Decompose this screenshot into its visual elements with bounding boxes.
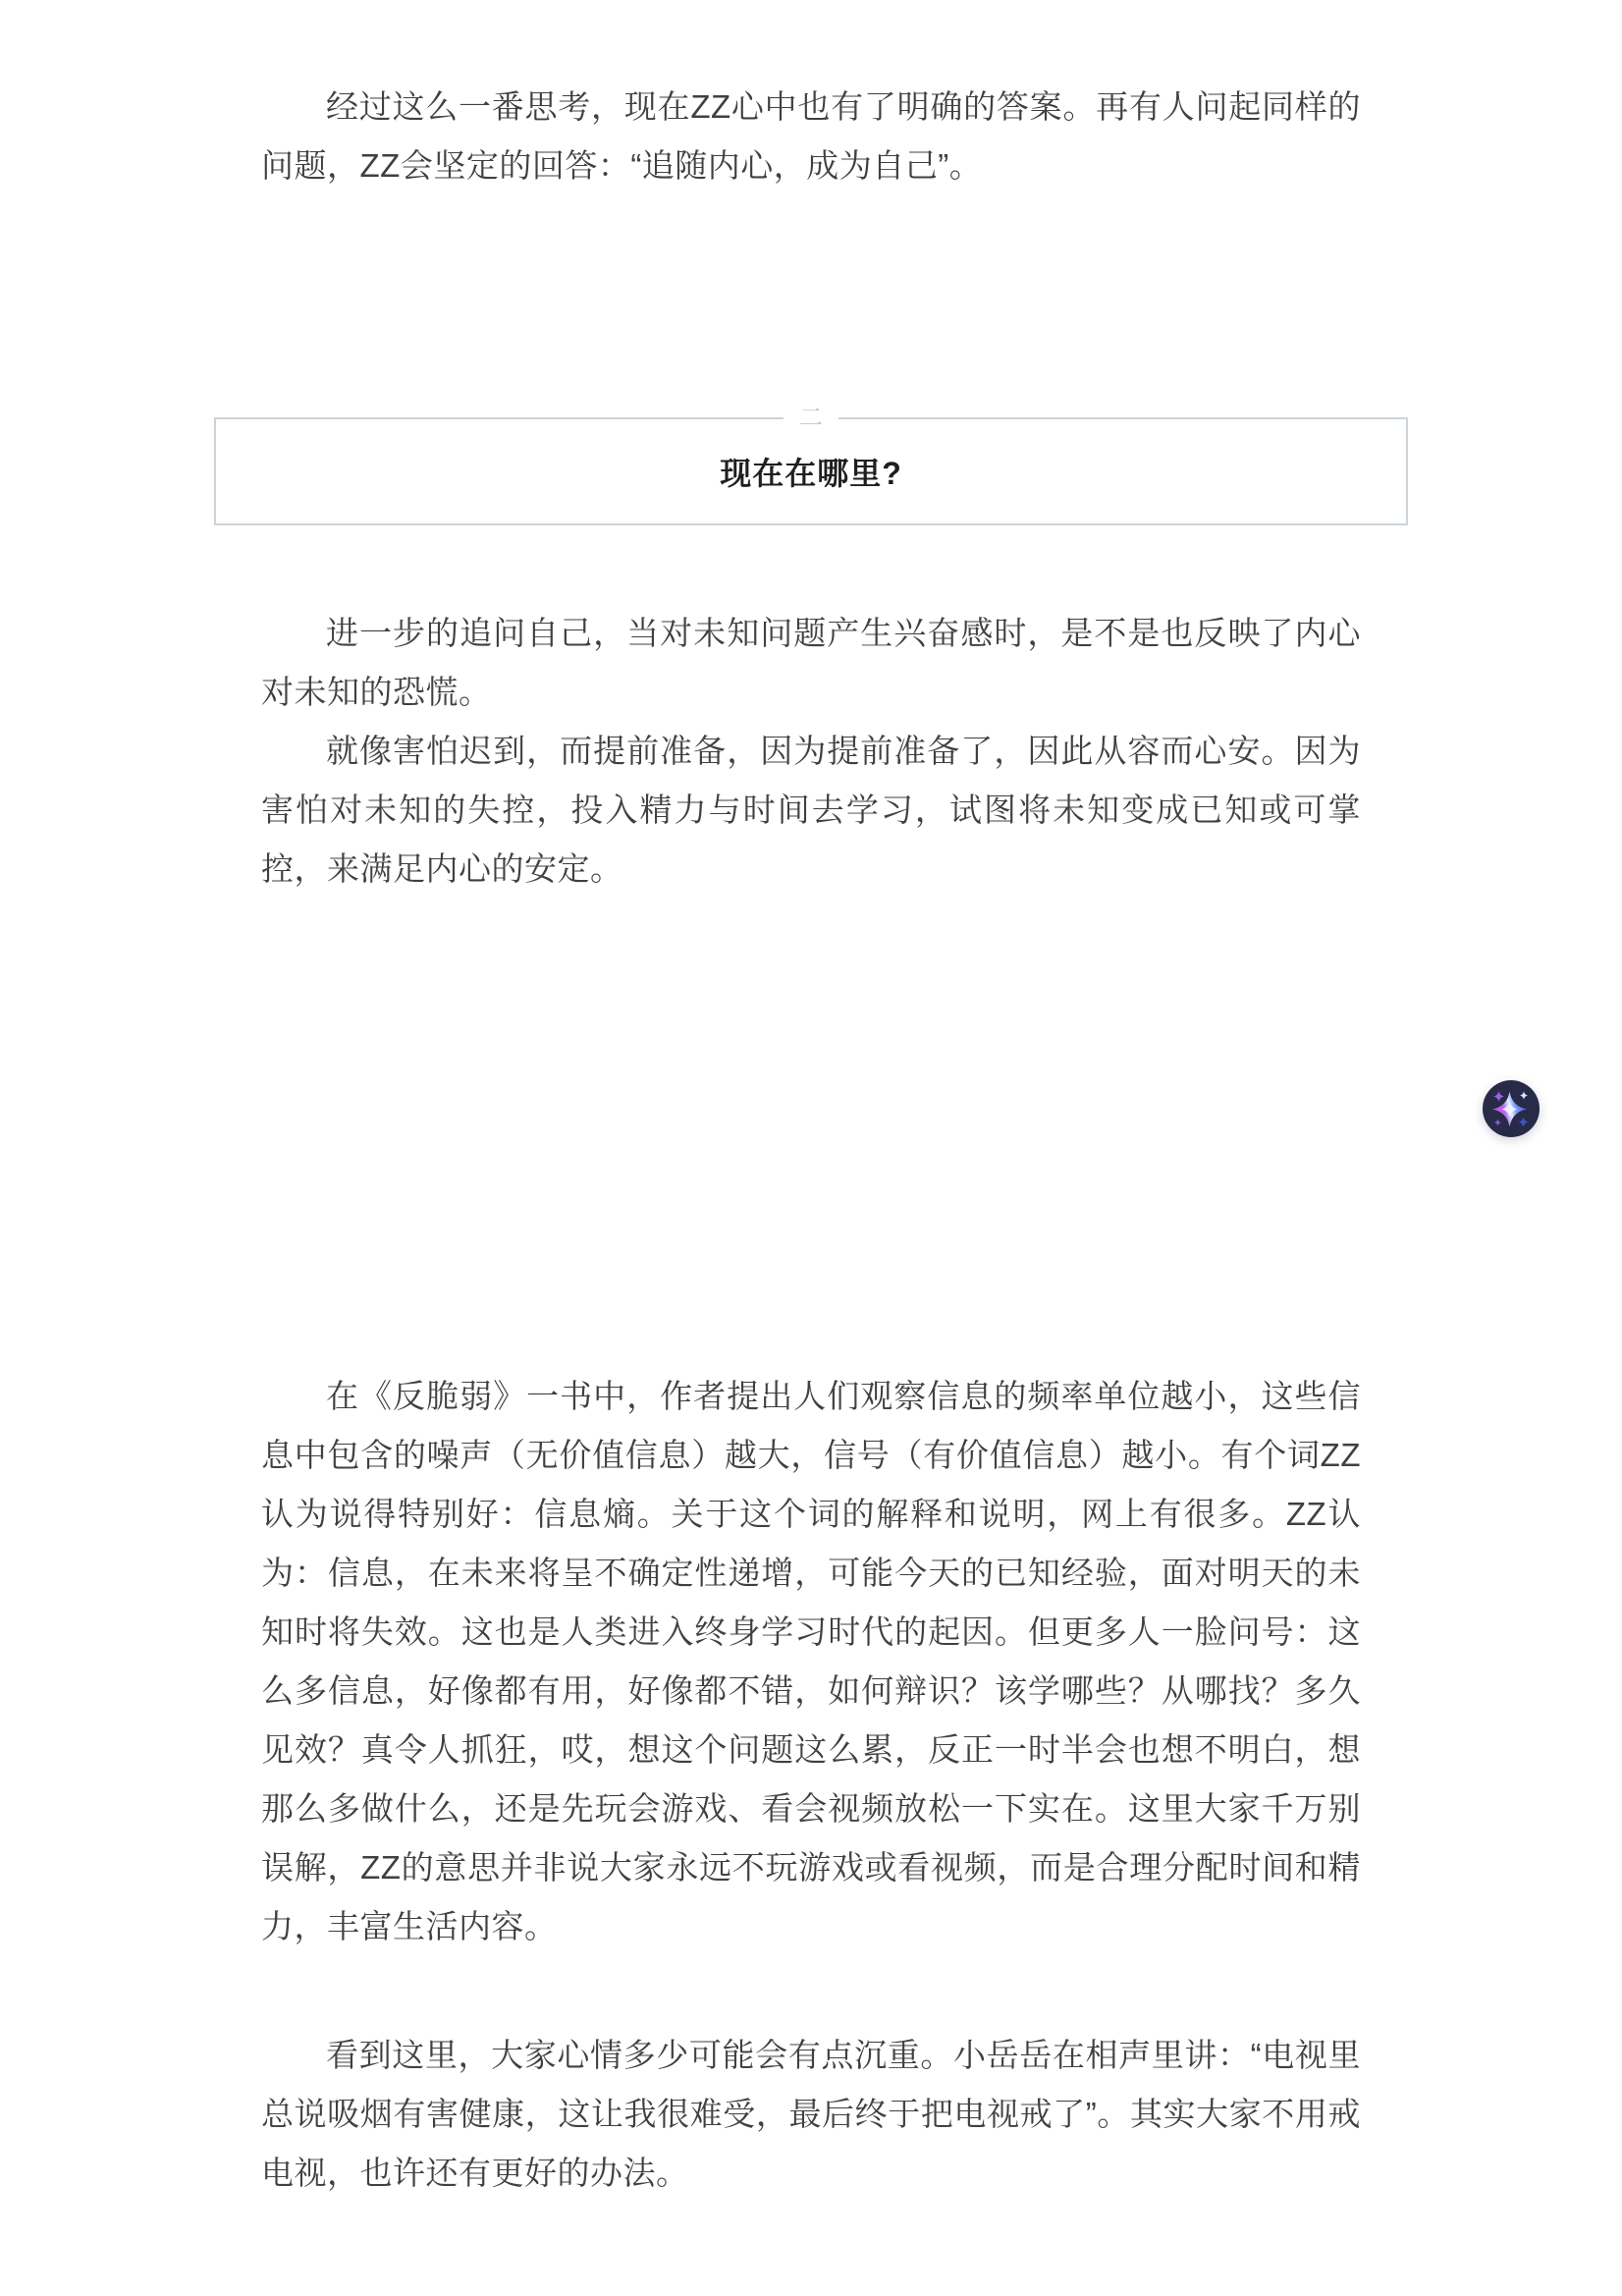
section-title: 现在在哪里? [720,449,902,494]
paragraph-conclusion: 经过这么一番思考，现在ZZ心中也有了明确的答案。再有人问起同样的问题，ZZ会坚定… [214,78,1408,195]
paragraph-fear-of-unknown: 就像害怕迟到，而提前准备，因为提前准备了，因此从容而心安。因为害怕对未知的失控，… [214,722,1408,899]
paragraph-tv-joke: 看到这里，大家心情多少可能会有点沉重。小岳岳在相声里讲：“电视里总说吸烟有害健康… [214,2026,1408,2203]
document-page: 经过这么一番思考，现在ZZ心中也有了明确的答案。再有人问起同样的问题，ZZ会坚定… [0,0,1622,2296]
section-number-label: 二 [784,404,838,433]
ai-sparkle-icon [1483,1080,1540,1137]
section-divider: 二 现在在哪里? [214,417,1408,525]
article-content: 经过这么一番思考，现在ZZ心中也有了明确的答案。再有人问起同样的问题，ZZ会坚定… [214,78,1408,2203]
paragraph-question: 进一步的追问自己，当对未知问题产生兴奋感时，是不是也反映了内心对未知的恐慌。 [214,604,1408,722]
ai-assistant-button[interactable] [1483,1080,1540,1137]
paragraph-antifragile: 在《反脆弱》一书中，作者提出人们观察信息的频率单位越小，这些信息中包含的噪声（无… [214,1367,1408,1956]
